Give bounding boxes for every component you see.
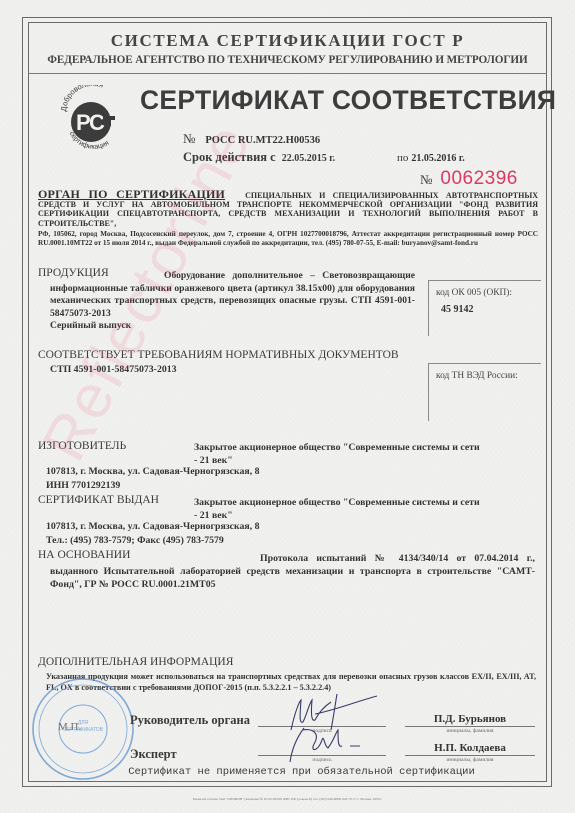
serial-sign: №: [420, 172, 432, 187]
expert-name-line: [405, 755, 535, 756]
head-name: П.Д. Бурьянов: [405, 713, 535, 725]
issued-to-label: СЕРТИФИКАТ ВЫДАН: [38, 494, 159, 506]
head-name-caption: инициалы, фамилия: [405, 728, 535, 734]
valid-from-date: 22.05.2015 г.: [282, 153, 335, 164]
manufacturer-inn: ИНН 7701292139: [46, 480, 120, 491]
okp-code-box: код ОК 005 (ОКП): 45 9142: [428, 280, 541, 336]
serial-number: 0062396: [440, 168, 517, 189]
conformity-document: СТП 4591-001-58475073-2013: [50, 364, 177, 375]
head-of-body-role: Руководитель органа: [130, 713, 250, 728]
svg-text:C: C: [89, 110, 105, 135]
valid-to-date: 21.05.2016 г.: [411, 153, 464, 164]
issued-to-phone: Тел.: (495) 783-7579; Факс (495) 783-757…: [46, 535, 224, 546]
validity-from: Срок действия с22.05.2015 г.: [183, 150, 335, 165]
expert-name-caption: инициалы, фамилия: [405, 757, 535, 763]
expert-signature-caption: подпись: [258, 757, 386, 763]
validity-to: по21.05.2016 г.: [397, 152, 465, 164]
product-serial-output: Серийный выпуск: [50, 320, 415, 333]
not-applicable-notice: Сертификат не применяется при обязательн…: [0, 766, 575, 778]
number-sign: №: [183, 131, 195, 146]
certification-body: ОРГАН ПО СЕРТИФИКАЦИИСПЕЦИАЛЬНЫХ И СПЕЦИ…: [38, 190, 538, 248]
tnved-code-box: код ТН ВЭД России:: [428, 363, 541, 421]
additional-info-label: ДОПОЛНИТЕЛЬНАЯ ИНФОРМАЦИЯ: [38, 656, 233, 668]
certificate-number-line: №РОСС RU.МТ22.Н00536: [183, 131, 320, 147]
system-title: СИСТЕМА СЕРТИФИКАЦИИ ГОСТ Р: [0, 31, 575, 51]
stamp-label: М.П.: [58, 721, 81, 733]
blank-serial-number: №0062396: [420, 168, 518, 190]
issued-to-name: Закрытое акционерное общество "Современн…: [194, 496, 484, 522]
tnved-code-label: код ТН ВЭД России:: [436, 371, 541, 381]
printer-note: Бланк изготовлен ЗАО "ОПЦИОН" (лицензия …: [0, 797, 575, 801]
expert-name: Н.П. Колдаева: [405, 742, 535, 754]
conformity-label: СООТВЕТСТВУЕТ ТРЕБОВАНИЯМ НОРМАТИВНЫХ ДО…: [38, 349, 399, 361]
certificate-title: СЕРТИФИКАТ СООТВЕТСТВИЯ: [140, 85, 556, 116]
expert-signature-line: [258, 755, 386, 756]
manufacturer-name: Закрытое акционерное общество "Современн…: [194, 441, 484, 467]
certification-body-address: РФ, 105062, город Москва, Подсосенский п…: [38, 230, 538, 248]
agency-name: ФЕДЕРАЛЬНОЕ АГЕНТСТВО ПО ТЕХНИЧЕСКОМУ РЕ…: [0, 54, 575, 66]
product-description-block: Оборудование дополнительное – Световозвр…: [50, 270, 415, 333]
head-name-line: [405, 726, 535, 727]
expert-role: Эксперт: [130, 747, 177, 762]
rst-voluntary-certification-logo-icon: Добровольная сертификация P C: [58, 85, 128, 155]
validity-label: Срок действия с: [183, 150, 276, 164]
okp-code-label: код ОК 005 (ОКП):: [436, 288, 541, 298]
manufacturer-label: ИЗГОТОВИТЕЛЬ: [38, 440, 126, 452]
issued-to-address: 107813, г. Москва, ул. Садовая-Черногряз…: [46, 521, 260, 532]
head-signature-caption: подпись: [258, 728, 386, 734]
valid-to-label: по: [397, 152, 408, 164]
basis-text: Протокола испытаний № 4134/340/14 от 07.…: [50, 552, 535, 591]
manufacturer-address: 107813, г. Москва, ул. Садовая-Черногряз…: [46, 466, 260, 477]
certification-body-label: ОРГАН ПО СЕРТИФИКАЦИИ: [38, 187, 225, 201]
certificate-number: РОСС RU.МТ22.Н00536: [205, 135, 320, 146]
okp-code-value: 45 9142: [441, 304, 541, 315]
head-signature-line: [258, 726, 386, 727]
product-description: Оборудование дополнительное – Световозвр…: [50, 270, 415, 319]
header-divider: [28, 73, 547, 74]
